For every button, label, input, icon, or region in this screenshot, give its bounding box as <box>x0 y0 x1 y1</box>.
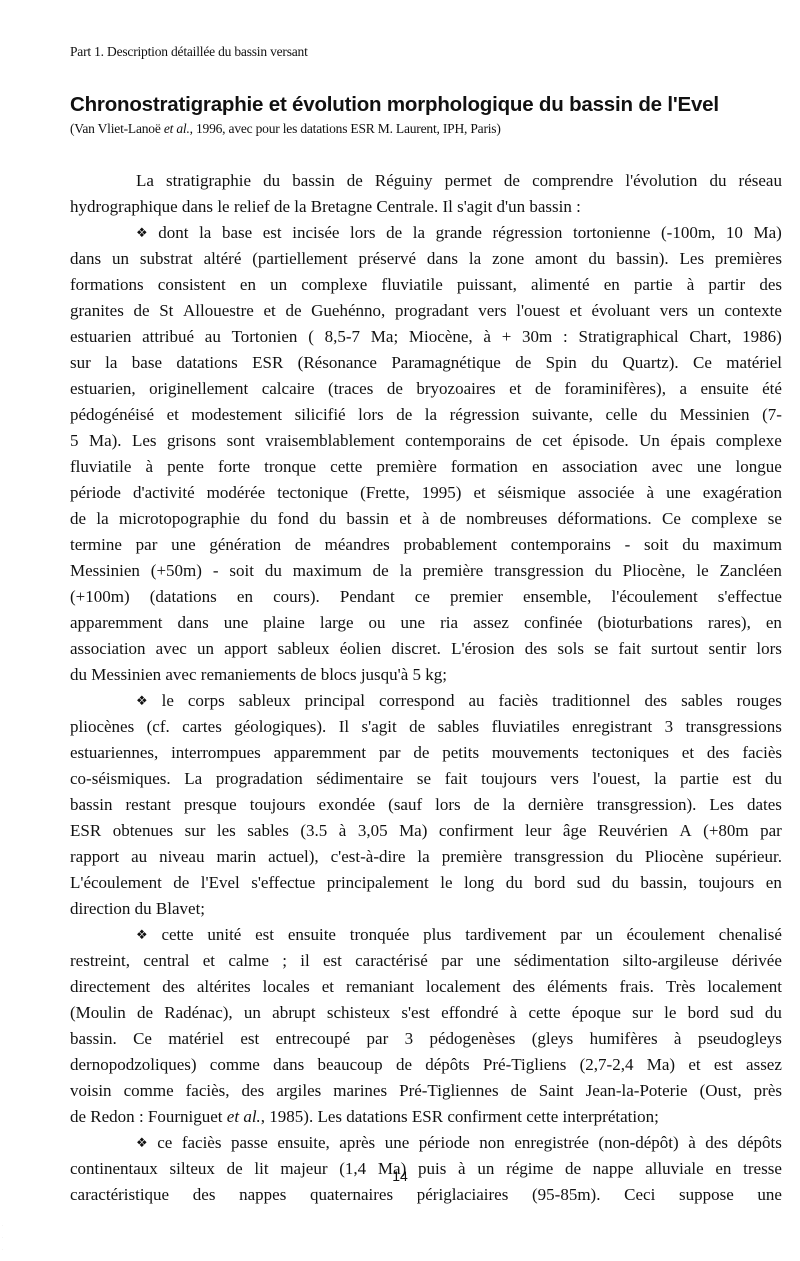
text-line: surlabasedatationsESR(RésonanceParamagné… <box>70 350 782 376</box>
text-line: (MoulindeRadénac),unabruptschisteuxs'est… <box>70 1000 782 1026</box>
text-line: associationavecunapportsableuxéoliendisc… <box>70 636 782 662</box>
text-line: dansunsubstrataltéré(partiellementpréser… <box>70 246 782 272</box>
text-line: bassin.Cematérielestentrecoupépar3pédoge… <box>70 1026 782 1052</box>
text-line: rapportauniveaumarinactuel),c'est-à-dire… <box>70 844 782 870</box>
bullet-line: ❖dontlabaseestinciséelorsdelagranderégre… <box>70 220 782 246</box>
text-line: pédogénéiséetmodestementsilicifiélorsdel… <box>70 402 782 428</box>
text-line: directementdesaltériteslocalesetremanian… <box>70 974 782 1000</box>
page-number: 14 <box>0 1168 800 1184</box>
text-line: ESRobtenuessurlessables(3.5à3,05Ma)confi… <box>70 818 782 844</box>
citation-details: , 1996, avec pour les datations ESR M. L… <box>190 121 501 136</box>
running-head: Part 1. Description détaillée du bassin … <box>70 44 308 60</box>
bullet-line: ❖cefacièspasseensuite,aprèsunepériodenon… <box>70 1130 782 1156</box>
text-line: caractéristiquedesnappesquaternairespéri… <box>70 1182 782 1208</box>
text-line: L'écoulementdel'Evels'effectueprincipale… <box>70 870 782 896</box>
text-line: delamicrotopographiedufonddubassinetàden… <box>70 506 782 532</box>
citation-etal: et al. <box>164 121 190 136</box>
text-line: dernopodzoliques)commedansbeaucoupdedépô… <box>70 1052 782 1078</box>
citation-subtitle: (Van Vliet-Lanoë et al., 1996, avec pour… <box>70 121 501 137</box>
text-line: formationsconsistentenuncomplexefluviati… <box>70 272 782 298</box>
body-text: LastratigraphiedubassindeRéguinypermetde… <box>70 168 782 1208</box>
text-line: (+100m)(datationsencours).Pendantcepremi… <box>70 584 782 610</box>
text-line: LastratigraphiedubassindeRéguinypermetde… <box>70 168 782 194</box>
text-line: estuarien,originellementcalcaire(tracesd… <box>70 376 782 402</box>
page-title: Chronostratigraphie et évolution morphol… <box>70 93 719 117</box>
citation-authors: (Van Vliet-Lanoë <box>70 121 164 136</box>
text-line: termineparunegénérationdeméandresprobabl… <box>70 532 782 558</box>
text-line: 5Ma).Lesgrisonssontvraisemblablementcont… <box>70 428 782 454</box>
text-line: granitesdeStAllouestreetdeGuehénno,progr… <box>70 298 782 324</box>
bullet-line: ❖lecorpssableuxprincipalcorrespondaufaci… <box>70 688 782 714</box>
text-line: fluviatileàpentefortetronquecettepremièr… <box>70 454 782 480</box>
text-line: voisincommefaciès,desargilesmarinesPré-T… <box>70 1078 782 1104</box>
text-line: bassinrestantpresquetoujoursexondée(sauf… <box>70 792 782 818</box>
scan-artifacts: ···· <box>2 1220 3 1261</box>
text-line: périoded'activitémodéréetectonique(Frett… <box>70 480 782 506</box>
text-line: estuariennes,interrompuesapparemmentpard… <box>70 740 782 766</box>
text-line: estuarienattribuéauTortonien(8,5-7Ma;Mio… <box>70 324 782 350</box>
text-line: direction du Blavet; <box>70 896 782 922</box>
text-line: pliocènes(cf.cartesgéologiques).Ils'agit… <box>70 714 782 740</box>
text-line: apparemmentdansuneplainelargeouuneriaass… <box>70 610 782 636</box>
text-line: du Messinien avec remaniements de blocs … <box>70 662 782 688</box>
text-line: restreint,centraletcalme;ilestcaractéris… <box>70 948 782 974</box>
text-line: Messinien(+50m)-soitdumaximumdelapremièr… <box>70 558 782 584</box>
text-line: co-séismiques.Laprogradationsédimentaire… <box>70 766 782 792</box>
text-line: de Redon : Fourniguet et al., 1985). Les… <box>70 1104 782 1130</box>
bullet-line: ❖cetteunitéestensuitetronquéeplustardive… <box>70 922 782 948</box>
text-line: hydrographique dans le relief de la Bret… <box>70 194 782 220</box>
